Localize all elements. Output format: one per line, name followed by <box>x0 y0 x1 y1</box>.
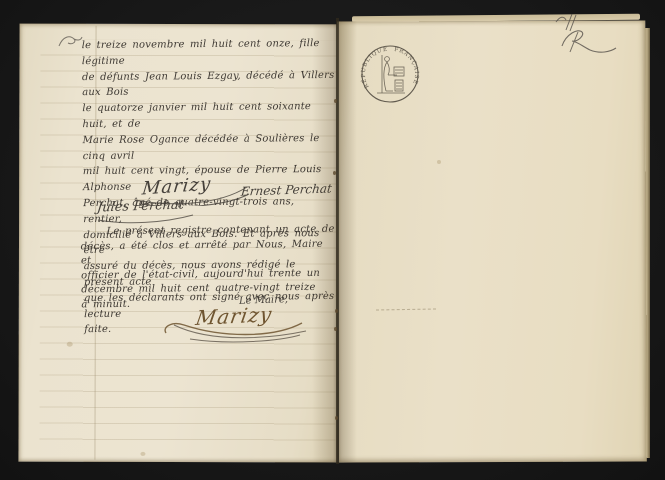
republique-francaise-stamp-icon: RÉPUBLIQUE FRANÇAISE <box>357 41 423 107</box>
register-closing-paragraph: Le présent registre contenant un acte de… <box>81 223 338 313</box>
closing-line: décembre mil huit cent quatre-vingt trei… <box>81 281 337 298</box>
binding-stitch <box>334 99 337 103</box>
act-line: le treize novembre mil huit cent onze, f… <box>82 36 336 70</box>
paper-stain <box>140 452 145 456</box>
binding-stitch <box>334 327 337 331</box>
scanned-register-spread: le treize novembre mil huit cent onze, f… <box>0 0 665 480</box>
act-line: de défunts Jean Louis Ezgay, décédé à Vi… <box>82 67 336 101</box>
corner-paraph-mark-icon <box>548 12 620 64</box>
paper-stain <box>67 342 73 347</box>
closing-line: décès, a été clos et arrêté par Nous, Ma… <box>81 237 337 269</box>
gutter-shadow <box>339 21 357 462</box>
act-line: Marie Rose Ogance décédée à Soulières le… <box>83 131 337 165</box>
paper-stain <box>437 160 441 164</box>
signature-witness-jules: Jules Perchat <box>96 197 184 215</box>
gutter-shadow <box>312 24 338 462</box>
binding-stitch <box>335 416 338 420</box>
closing-signature-mayor: Marizy <box>194 302 274 330</box>
binding-stitch <box>335 309 338 313</box>
act-line: le quatorze janvier mil huit cent soixan… <box>82 99 336 133</box>
binding-stitch <box>333 171 336 175</box>
